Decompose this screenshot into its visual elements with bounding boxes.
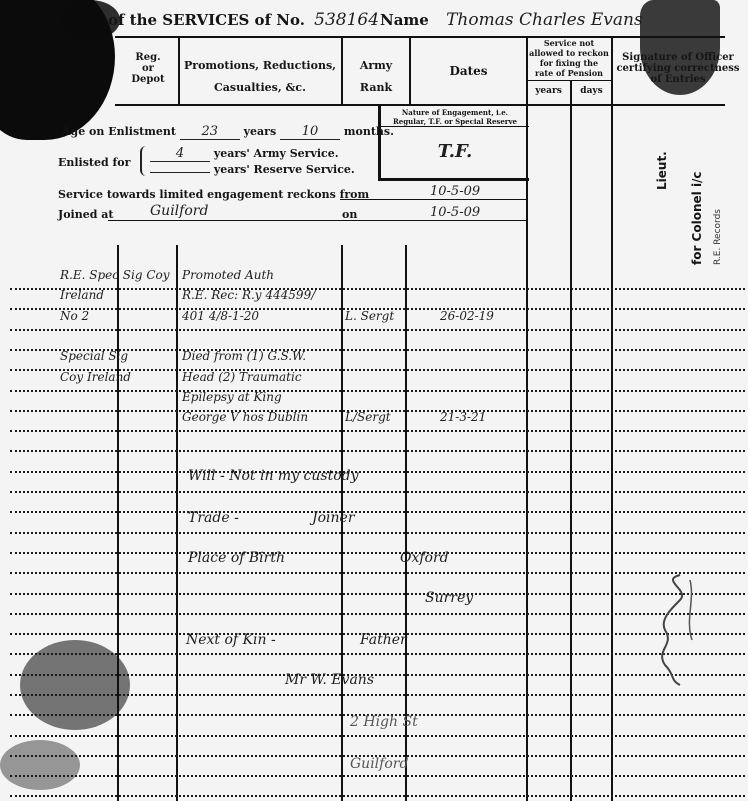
army-rank-line-2: Rank bbox=[343, 77, 409, 99]
reckons-date: 10-5-09 bbox=[430, 184, 480, 199]
entry-date: 21-3-21 bbox=[440, 410, 486, 424]
enlisted-for-label: Enlisted for bbox=[58, 156, 130, 169]
ruled-line bbox=[10, 491, 745, 493]
entry-promotion: R.E. Rec: R.y 444599/ bbox=[182, 288, 315, 302]
ruled-line bbox=[10, 511, 745, 513]
ruled-line bbox=[10, 653, 745, 655]
ruled-line bbox=[10, 390, 745, 392]
signature-line-3: of Entries bbox=[613, 74, 743, 85]
ruled-line bbox=[10, 613, 745, 615]
entry-regt: Special Sig bbox=[60, 349, 128, 363]
ruled-line bbox=[10, 329, 745, 331]
col-rule-6 bbox=[611, 36, 613, 801]
regt-line-1: Reg. bbox=[118, 52, 178, 63]
sna-line-3: for fixing the bbox=[527, 58, 611, 68]
regt-line-2: or bbox=[118, 63, 178, 74]
promotions-line-1: Promotions, Reductions, bbox=[180, 55, 340, 77]
header-service-not-allowed: Service not allowed to reckon for fixing… bbox=[527, 38, 611, 78]
reckons-from-label: Service towards limited engagement recko… bbox=[58, 188, 369, 201]
nature-value: T.F. bbox=[381, 141, 529, 162]
header-top-rule bbox=[115, 36, 725, 38]
kin-address: 2 High St bbox=[350, 714, 418, 730]
pension-split-rule bbox=[526, 80, 612, 81]
stamp-office: R.E. Records bbox=[713, 209, 723, 265]
reserve-service-label: years' Reserve Service. bbox=[214, 163, 355, 176]
ruled-line bbox=[10, 593, 745, 595]
age-years: 23 bbox=[180, 124, 240, 140]
entry-promotion: George V hos Dublin bbox=[182, 410, 308, 424]
entry-promotion: Epilepsy at King bbox=[182, 390, 282, 404]
nature-label-line-1: Nature of Engagement, i.e. bbox=[381, 108, 529, 117]
nature-of-engagement-box: Nature of Engagement, i.e. Regular, T.F.… bbox=[378, 106, 529, 181]
ink-stain-left-lower-2 bbox=[0, 740, 80, 790]
entry-date: 26-02-19 bbox=[440, 309, 494, 323]
header-days: days bbox=[572, 86, 611, 96]
promotions-line-2: Casualties, &c. bbox=[180, 77, 340, 99]
ruled-line bbox=[10, 674, 745, 676]
ruled-line bbox=[10, 430, 745, 432]
reserve-service-years bbox=[150, 172, 210, 173]
kin-name: Mr W. Evans bbox=[285, 672, 374, 688]
sna-line-2: allowed to reckon bbox=[527, 48, 611, 58]
sna-line-4: rate of Pension bbox=[527, 68, 611, 78]
ruled-line bbox=[10, 572, 745, 574]
army-rank-line-1: Army bbox=[343, 55, 409, 77]
name-value: Thomas Charles Evans bbox=[446, 10, 643, 30]
trade-value: Joiner bbox=[312, 510, 355, 526]
enlisted-brace bbox=[140, 146, 148, 176]
army-service-years: 4 bbox=[150, 146, 210, 162]
header-signature: Signature of Officer certifying correctn… bbox=[613, 52, 743, 85]
nature-label: Nature of Engagement, i.e. Regular, T.F.… bbox=[381, 108, 529, 127]
age-on-enlistment: Age on Enlistment 23 years 10 months. bbox=[62, 124, 394, 140]
name-field: Name Thomas Charles Evans bbox=[380, 10, 643, 30]
regt-line-3: Depot bbox=[118, 74, 178, 85]
name-label: Name bbox=[380, 11, 429, 29]
sna-line-1: Service not bbox=[527, 38, 611, 48]
kin-town: Guilford bbox=[350, 756, 408, 772]
birth-place: Oxford bbox=[400, 550, 449, 566]
ruled-line bbox=[10, 532, 745, 534]
ruled-line bbox=[10, 795, 745, 797]
entry-promotion: Head (2) Traumatic bbox=[182, 370, 302, 384]
ruled-line bbox=[10, 775, 745, 777]
title-prefix: of the SERVICES of No. bbox=[108, 11, 305, 29]
army-service-line: 4 years' Army Service. bbox=[150, 146, 339, 162]
service-number: 538164 bbox=[314, 10, 379, 30]
nature-label-line-2: Regular, T.F. or Special Reserve bbox=[381, 117, 529, 127]
stamp-title: for Colonel i/c bbox=[690, 171, 704, 265]
reserve-service-line: years' Reserve Service. bbox=[150, 163, 355, 176]
col-rule-5 bbox=[570, 80, 572, 801]
entry-promotion: 401 4/8-1-20 bbox=[182, 309, 259, 323]
stamp-rank: Lieut. bbox=[655, 151, 669, 190]
record-title: of the SERVICES of No. 538164 bbox=[108, 10, 379, 30]
entry-regt: Ireland bbox=[60, 288, 104, 302]
header-dates: Dates bbox=[411, 64, 526, 78]
entry-rank: L/Sergt bbox=[345, 410, 391, 424]
signature-line-2: certifying correctness bbox=[613, 63, 743, 74]
joined-rule bbox=[108, 220, 526, 221]
age-months: 10 bbox=[280, 124, 340, 140]
age-label: Age on Enlistment bbox=[62, 125, 176, 138]
entry-promotion: Promoted Auth bbox=[182, 268, 274, 282]
ruled-line bbox=[10, 450, 745, 452]
reckons-rule bbox=[340, 199, 526, 200]
birth-county: Surrey bbox=[425, 590, 473, 606]
header-regt: Reg. or Depot bbox=[118, 52, 178, 85]
birth-label: Place of Birth bbox=[188, 550, 285, 566]
army-service-label: years' Army Service. bbox=[214, 147, 339, 160]
on-label: on bbox=[342, 208, 357, 221]
ruled-line bbox=[10, 694, 745, 696]
entry-regt: No 2 bbox=[60, 309, 89, 323]
kin-relation: Father bbox=[360, 632, 407, 648]
header-years: years bbox=[527, 86, 570, 96]
years-label: years bbox=[244, 125, 277, 138]
kin-label: Next of Kin - bbox=[186, 632, 276, 648]
entry-regt: Coy Ireland bbox=[60, 370, 131, 384]
joined-date: 10-5-09 bbox=[430, 205, 480, 220]
ruled-line bbox=[10, 471, 745, 473]
entry-rank: L. Sergt bbox=[345, 309, 394, 323]
ruled-line bbox=[10, 735, 745, 737]
joined-place: Guilford bbox=[150, 203, 208, 219]
trade-label: Trade - bbox=[188, 510, 239, 526]
officer-signature bbox=[650, 570, 710, 690]
header-army-rank: Army Rank bbox=[343, 55, 409, 99]
will-note: Will - Not in my custody bbox=[188, 468, 359, 484]
signature-line-1: Signature of Officer bbox=[613, 52, 743, 63]
ruled-line bbox=[10, 552, 745, 554]
ruled-line bbox=[10, 288, 745, 290]
header-promotions: Promotions, Reductions, Casualties, &c. bbox=[180, 55, 340, 99]
entry-regt: R.E. Spec Sig Coy bbox=[60, 268, 170, 282]
entry-promotion: Died from (1) G.S.W. bbox=[182, 349, 306, 363]
joined-at-label: Joined at bbox=[58, 208, 113, 221]
